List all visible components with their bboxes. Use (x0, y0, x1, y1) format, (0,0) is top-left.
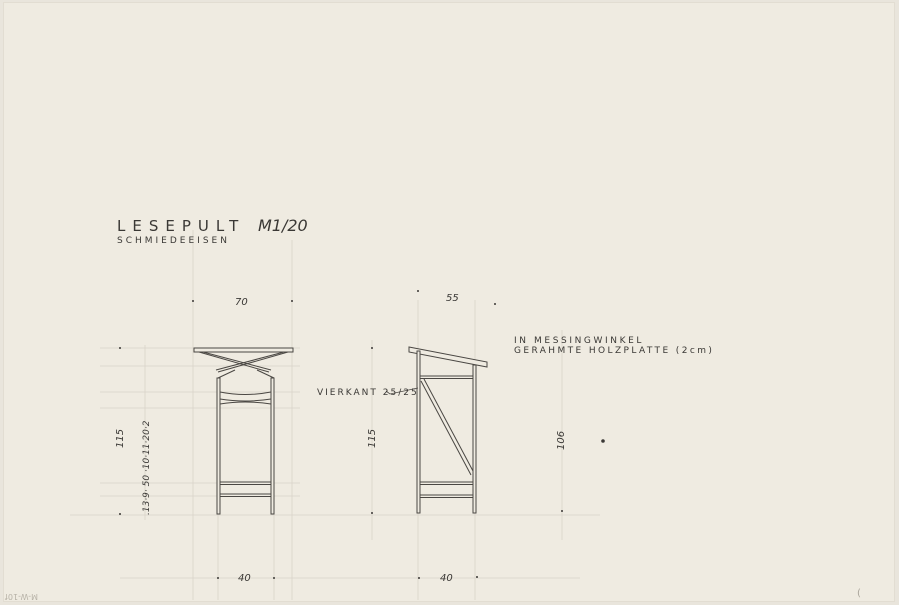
front-vertical-chain: .13·9· 50 ·10·11·20·2 (142, 420, 152, 515)
title-block: LESEPULT M1/20 SCHMIEDEEISEN (117, 216, 308, 246)
technical-drawing: LESEPULT M1/20 SCHMIEDEEISEN 70 4 (4, 3, 894, 601)
side-dimensions: 55 40 115 106 VIERKANT 25/25 IN MESSINGW… (317, 290, 714, 584)
top-note-line2: GERAHMTE HOLZPLATTE (2cm) (514, 346, 714, 356)
side-top-depth: 55 (446, 293, 459, 304)
archive-mark: M-W-10f (5, 592, 38, 601)
front-top-width: 70 (235, 297, 248, 308)
side-back-height: 106 (556, 431, 567, 450)
top-note-line1: IN MESSINGWINKEL (514, 336, 644, 346)
front-base-width: 40 (238, 573, 251, 584)
side-elevation (386, 347, 487, 513)
drawing-sheet: LESEPULT M1/20 SCHMIEDEEISEN 70 4 (4, 3, 894, 601)
front-elevation (194, 348, 293, 514)
subtitle-text: SCHMIEDEEISEN (117, 236, 230, 246)
front-dimensions: 70 40 115 .13·9· 50 ·10·11·20·2 (115, 297, 293, 584)
title-text: LESEPULT (117, 217, 245, 235)
side-base-depth: 40 (440, 573, 453, 584)
construction-guidelines (70, 230, 600, 600)
front-total-height: 115 (115, 429, 126, 448)
corner-mark: ( (857, 588, 861, 599)
scale-text: M1/20 (258, 216, 308, 235)
side-front-height: 115 (367, 429, 378, 448)
material-profile-note: VIERKANT 25/25 (317, 388, 419, 398)
